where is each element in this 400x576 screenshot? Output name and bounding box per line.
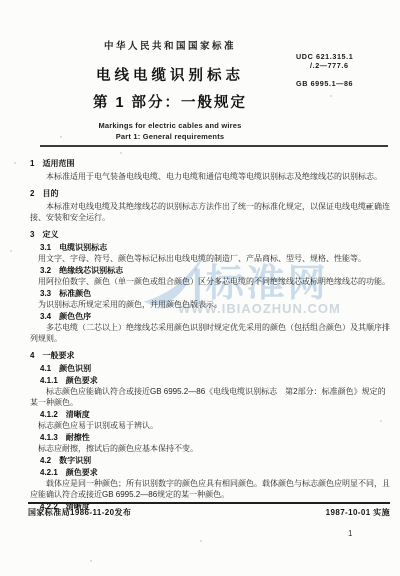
paragraph: 本标准适用于电气装备电线电缆、电力电缆和通信电缆等电缆识别标志及绝缘线芯的识别标… — [30, 171, 392, 182]
document-header: 中华人民共和国国家标准 电线电缆识别标志 第 1 部分：一般规定 Marking… — [20, 0, 320, 141]
section-heading: 3 定义 — [30, 229, 392, 240]
standard-codes-block: UDC 621.315.1 /.2—777.6 GB 6995.1—86 — [296, 52, 396, 88]
subsubsection-heading: 4.1.2 清晰度 — [40, 409, 392, 420]
scan-speck — [200, 540, 202, 542]
subsection-heading: 3.2 绝缘线芯识别标志 — [40, 265, 392, 276]
header-divider-rule — [40, 145, 388, 147]
document-title-zh-line1: 电线电缆识别标志 — [20, 64, 320, 85]
document-title-zh-line2: 第 1 部分：一般规定 — [20, 91, 320, 112]
section-heading: 1 适用范围 — [30, 158, 392, 169]
paragraph: 多芯电缆（二芯以上）绝缘线芯采用颜色识别时规定优先采用的颜色（包括组合颜色）及其… — [30, 322, 392, 344]
footer: 国家标准局1986-11-20发布 1987-10-01 实施 — [28, 507, 390, 518]
scan-speck — [10, 250, 12, 252]
paragraph: 用文字、字母、符号、颜色等标记标出电线电缆的制造厂、产品商标、型号、规格、性能等… — [38, 253, 392, 264]
udc-code-line2: /.2—777.6 — [310, 61, 396, 70]
effective-date-text: 1987-10-01 实施 — [326, 507, 390, 518]
scan-speck — [120, 152, 122, 154]
scanned-standard-page: |标准网 WWW.IBIAOZHUN.COM 中华人民共和国国家标准 电线电缆识… — [0, 0, 400, 576]
section-heading: 4 一般要求 — [30, 350, 392, 361]
paragraph: 标志颜色应能确认符合或接近GB 6995.2—86《电线电缆识别标志 第2部分：… — [30, 386, 392, 408]
section-heading: 2 目的 — [30, 188, 392, 199]
subsection-heading: 3.3 标准颜色 — [40, 288, 392, 299]
subsection-heading: 4.1 颜色识别 — [40, 363, 392, 374]
standard-number: GB 6995.1—86 — [296, 79, 396, 88]
document-title-en-line1: Markings for electric cables and wires — [20, 121, 320, 130]
document-body: 1 适用范围 本标准适用于电气装备电线电缆、电力电缆和通信电缆等电缆识别标志及绝… — [30, 156, 392, 512]
paragraph: 载体应是同一种颜色；所有识别数字的颜色应具有相同颜色。载体颜色与标志颜色应明显不… — [30, 478, 392, 500]
udc-code-line1: UDC 621.315.1 — [296, 52, 396, 61]
paragraph: 为识别标志所规定采用的颜色，并用颜色色版表示。 — [38, 299, 392, 310]
paragraph: 本标准对电线电缆及其绝缘线芯的识别标志方法作出了统一的标准化规定，以保证电线电缆… — [30, 201, 392, 223]
scan-speck — [330, 95, 332, 97]
scan-speck — [90, 560, 92, 562]
scan-speck — [14, 162, 16, 164]
subsubsection-heading: 4.1.3 耐擦性 — [40, 432, 392, 443]
page-number: 1 — [348, 529, 352, 538]
subsubsection-heading: 4.2.1 颜色要求 — [40, 467, 392, 478]
paragraph: 标志颜色应易于识别或易于辨认。 — [38, 420, 392, 431]
paragraph: 标志应耐擦，擦试后的颜色应基本保持不变。 — [38, 443, 392, 454]
issued-by-text: 国家标准局1986-11-20发布 — [28, 507, 131, 518]
national-standard-label: 中华人民共和国国家标准 — [20, 38, 320, 52]
subsection-heading: 4.2 数字识别 — [40, 455, 392, 466]
subsection-heading: 3.4 颜色色序 — [40, 311, 392, 322]
paragraph: 用阿拉伯数字、颜色（单一颜色或组合颜色）区分多芯电缆的不同绝缘线芯或标明绝缘线芯… — [38, 276, 392, 287]
document-title-en-line2: Part 1: General requirements — [20, 132, 320, 141]
subsection-heading: 3.1 电缆识别标志 — [40, 242, 392, 253]
subsubsection-heading: 4.1.1 颜色要求 — [40, 375, 392, 386]
footer-divider-rule — [28, 502, 390, 504]
